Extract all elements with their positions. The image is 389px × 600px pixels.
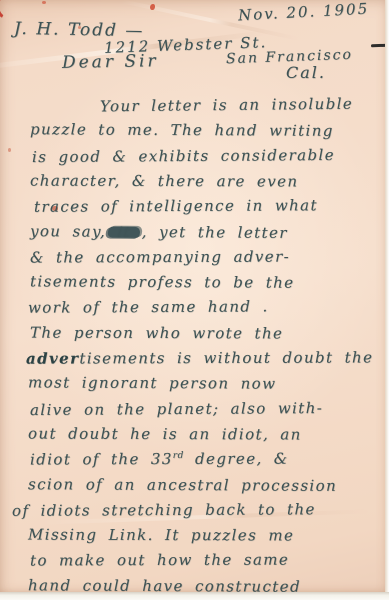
handwriting-line: alive on the planet; also with-: [30, 399, 323, 419]
handwriting-line: you say,it, yet the letter: [30, 222, 288, 242]
handwriting-segment: traces of intelligence in what: [34, 196, 318, 215]
letter-paper: Nov. 20. 1905 J. H. Todd — 1212 Webster …: [0, 0, 386, 592]
handwriting-segment: & the accompanying adver-: [30, 247, 290, 266]
handwriting-line: character, & there are even: [30, 171, 298, 190]
scan-edge-bottom: [0, 592, 389, 600]
handwriting-line: advertisements is without doubt the: [26, 348, 373, 367]
handwriting-segment: work of the same hand .: [28, 298, 269, 317]
handwriting-segment: The person who wrote the: [30, 323, 283, 342]
letter-state: Cal.: [286, 63, 326, 82]
handwriting-segment: tisements is without doubt the: [79, 348, 373, 367]
handwriting-line: idiot of the 33rd degree, &: [30, 450, 289, 469]
handwriting-segment: Missing Link. It puzzles me: [28, 526, 294, 545]
handwriting-segment: most ignorant person now: [28, 374, 276, 393]
handwriting-segment: to make out how the same: [30, 551, 289, 570]
handwriting-line: to make out how the same: [30, 551, 289, 570]
handwriting-line: Missing Link. It puzzles me: [28, 526, 294, 545]
handwriting-segment: character, & there are even: [30, 171, 298, 190]
handwriting-segment: of idiots stretching back to the: [12, 500, 316, 520]
handwriting-line: most ignorant person now: [28, 374, 276, 393]
handwriting-segment: is good & exhibits considerable: [32, 146, 335, 166]
letter-salutation: Dear Sir: [62, 51, 159, 73]
handwriting-segment: , yet the letter: [142, 222, 288, 241]
handwriting-segment: rd: [173, 451, 184, 461]
red-ink-stain: [8, 148, 11, 152]
handwriting-line: scion of an ancestral procession: [28, 475, 337, 495]
handwriting-line: of idiots stretching back to the: [12, 500, 316, 520]
handwriting-segment: you say,: [30, 222, 106, 241]
letter-scan: Nov. 20. 1905 J. H. Todd — 1212 Webster …: [0, 0, 389, 600]
scribbled-out-word: it: [107, 226, 140, 237]
handwriting-line: puzzle to me. The hand writing: [30, 121, 334, 141]
handwriting-segment: scion of an ancestral procession: [28, 475, 337, 495]
handwriting-line: Your letter is an insoluble: [100, 95, 353, 116]
handwriting-line: The person who wrote the: [30, 323, 283, 342]
red-ink-stain: [42, 1, 46, 4]
letter-date: Nov. 20. 1905: [238, 0, 370, 24]
scan-edge-right: [385, 0, 389, 594]
handwriting-line: tisements profess to be the: [30, 272, 295, 291]
handwriting-line: is good & exhibits considerable: [32, 146, 335, 166]
red-ink-stain: [150, 4, 155, 10]
handwriting-line: traces of intelligence in what: [34, 196, 318, 215]
handwriting-segment: Your letter is an insoluble: [100, 95, 353, 116]
handwriting-segment: degree, &: [184, 450, 289, 468]
handwriting-segment: idiot of the 33: [30, 450, 173, 468]
handwriting-segment: puzzle to me. The hand writing: [30, 121, 334, 141]
handwriting-segment: adver: [26, 349, 79, 367]
handwriting-segment: tisements profess to be the: [30, 272, 295, 291]
handwriting-line: & the accompanying adver-: [30, 247, 290, 266]
handwriting-segment: out doubt he is an idiot, an: [28, 424, 302, 443]
handwriting-line: out doubt he is an idiot, an: [28, 424, 302, 443]
handwriting-segment: alive on the planet; also with-: [30, 399, 323, 419]
handwriting-line: work of the same hand .: [28, 298, 269, 317]
